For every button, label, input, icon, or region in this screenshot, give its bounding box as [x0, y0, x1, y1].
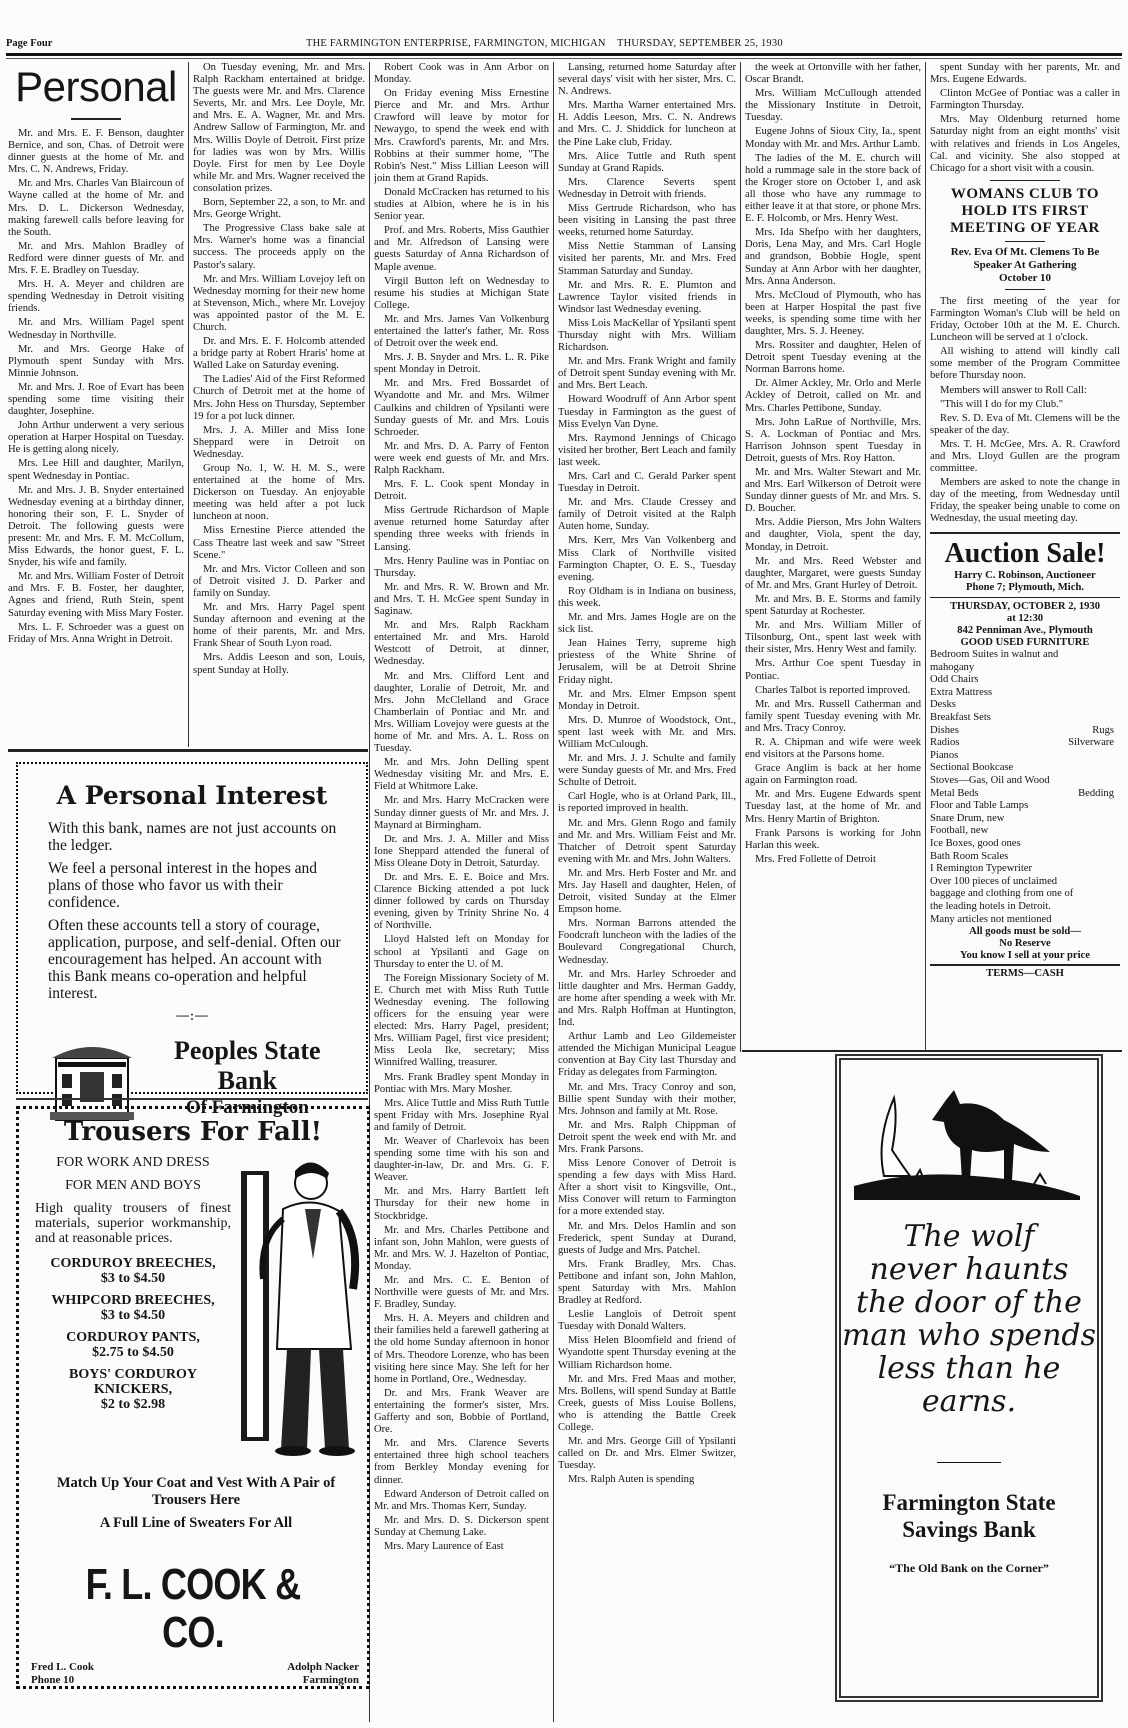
news-item: The Foreign Missionary Society of M. E. …	[374, 973, 549, 1070]
news-item: Mr. and Mrs. William Pagel spent Wednesd…	[8, 317, 184, 341]
auction-item: baggage and clothing from one of	[930, 888, 1073, 901]
auction-item-row: I Remington Typewriter	[930, 863, 1120, 876]
owner-phone: Phone 10	[31, 1674, 94, 1687]
news-item: Charles Talbot is reported improved.	[745, 685, 921, 697]
ad-description: High quality trousers of finest material…	[35, 1201, 231, 1246]
news-item: Miss Gertrude Richardson of Maple avenue…	[374, 505, 549, 553]
auction-item: Breakfast Sets	[930, 712, 991, 725]
news-item: Mrs. May Oldenburg returned home Saturda…	[930, 114, 1120, 174]
auction-time: at 12:30	[930, 613, 1120, 625]
product-entry: WHIPCORD BREECHES,$3 to $4.50	[35, 1293, 231, 1323]
auction-item-row: Extra Mattress	[930, 687, 1120, 700]
partner-name: Adolph Nacker	[287, 1661, 359, 1674]
auction-item-row: Odd Chairs	[930, 674, 1120, 687]
section-rule	[8, 749, 368, 752]
ad-line: FOR WORK AND DRESS	[35, 1155, 231, 1170]
auction-item: Stoves—Gas, Oil and Wood	[930, 775, 1050, 788]
auction-heading: GOOD USED FURNITURE	[930, 637, 1120, 649]
news-item: Mr. and Mrs. Clarence Severts entertaine…	[374, 1438, 549, 1486]
auction-item: Over 100 pieces of unclaimed	[930, 876, 1057, 889]
news-item: Mrs. Rossiter and daughter, Helen of Det…	[745, 340, 921, 376]
auction-closing: No Reserve	[930, 938, 1120, 950]
auction-item: Odd Chairs	[930, 674, 979, 687]
news-item: Mrs. Addis Leeson and son, Louis, spent …	[193, 652, 365, 676]
news-item: Dr. and Mrs. E. E. Boice and Mrs. Claren…	[374, 872, 549, 932]
news-item: Mr. and Mrs. Harry Pagel spent Sunday af…	[193, 602, 365, 650]
news-item: Mr. and Mrs. William Foster of Detroit a…	[8, 571, 184, 619]
news-item: Mrs. Arthur Coe spent Tuesday in Pontiac…	[745, 658, 921, 682]
auction-item: Bedding	[1078, 788, 1114, 801]
auction-item: Rugs	[1092, 725, 1114, 738]
ad-tagline: A Full Line of Sweaters For All	[31, 1515, 361, 1532]
auction-address: 842 Penniman Ave., Plymouth	[930, 625, 1120, 637]
article-list: Mr. and Mrs. E. F. Benson, daughter Bern…	[8, 128, 184, 646]
ad-tagline: Match Up Your Coat and Vest With A Pair …	[31, 1475, 361, 1509]
bank-name: Peoples State	[174, 1036, 321, 1066]
subhead-line: October 10	[930, 272, 1120, 285]
news-item: Leslie Langlois of Detroit spent Tuesday…	[558, 1309, 736, 1333]
news-item: Mrs. Raymond Jennings of Chicago visited…	[558, 433, 736, 469]
auction-item-row: Metal BedsBedding	[930, 788, 1120, 801]
news-item: The first meeting of the year for Farmin…	[930, 296, 1120, 344]
auction-date: THURSDAY, OCTOBER 2, 1930	[930, 601, 1120, 613]
product-name: BOYS' CORDUROY KNICKERS,	[35, 1367, 231, 1397]
news-item: Miss Lenore Conover of Detroit is spendi…	[558, 1158, 736, 1218]
news-item: Jean Haines Terry, supreme high priestes…	[558, 638, 736, 686]
news-item: Mrs. L. F. Schroeder was a guest on Frid…	[8, 622, 184, 646]
news-item: Mrs. F. L. Cook spent Monday in Detroit.	[374, 479, 549, 503]
auction-closing: All goods must be sold—	[930, 926, 1120, 938]
rule	[1005, 289, 1045, 290]
news-item: Mrs. Carl and C. Gerald Parker spent Tue…	[558, 471, 736, 495]
wolf-silhouette-illustration	[854, 1080, 1084, 1200]
product-entry: CORDUROY BREECHES,$3 to $4.50	[35, 1256, 231, 1286]
news-item: Prof. and Mrs. Roberts, Miss Gauthier an…	[374, 225, 549, 273]
product-entry: BOYS' CORDUROY KNICKERS,$2 to $2.98	[35, 1367, 231, 1412]
article-list: spent Sunday with her parents, Mr. and M…	[930, 62, 1120, 175]
headline-line: WOMANS CLUB TO	[930, 186, 1120, 203]
peoples-bank-ad: A Personal Interest With this bank, name…	[16, 762, 368, 1094]
ornament: —:—	[18, 1008, 366, 1024]
auction-item: Bath Room Scales	[930, 851, 1008, 864]
news-column-3: Robert Cook was in Ann Arbor on Monday.O…	[374, 62, 549, 1722]
headline-line: HOLD ITS FIRST	[930, 203, 1120, 220]
bank-name: Bank	[174, 1066, 321, 1096]
bank-motto: “The Old Bank on the Corner”	[841, 1561, 1097, 1576]
news-item: Mr. and Mrs. J. J. Schulte and family we…	[558, 753, 736, 789]
ad-headline: Trousers For Fall!	[19, 1115, 367, 1149]
news-item: Grace Anglim is back at her home again o…	[745, 763, 921, 787]
news-item: The ladies of the M. E. church will hold…	[745, 153, 921, 226]
auction-item-list: Bedroom Suites in walnut and mahoganyOdd…	[930, 649, 1120, 926]
auction-item: Dishes	[930, 725, 959, 738]
news-item: R. A. Chipman and wife were week end vis…	[745, 737, 921, 761]
news-item: Mr. and Mrs. Charles Pettibone and infan…	[374, 1225, 549, 1273]
news-item: Mrs. J. A. Miller and Miss Ione Sheppard…	[193, 425, 365, 461]
auction-item: I Remington Typewriter	[930, 863, 1032, 876]
column-divider	[553, 62, 554, 1722]
auction-item-row: Football, new	[930, 825, 1120, 838]
news-item: Mr. and Mrs. Tracy Conroy and son, Billi…	[558, 1082, 736, 1118]
partner-info: Adolph Nacker Farmington	[287, 1661, 359, 1687]
news-item: Mrs. Lee Hill and daughter, Marilyn, spe…	[8, 458, 184, 482]
news-item: Mrs. Frank Bradley spent Monday in Ponti…	[374, 1072, 549, 1096]
news-item: Dr. and Mrs. Frank Weaver are entertaini…	[374, 1388, 549, 1436]
news-item: The Ladies' Aid of the First Reformed Ch…	[193, 374, 365, 422]
news-item: Mrs. D. Munroe of Woodstock, Ont., spent…	[558, 715, 736, 751]
news-item: Mr. and Mrs. Elmer Empson spent Monday i…	[558, 689, 736, 713]
news-item: The Progressive Class bake sale at Mrs. …	[193, 223, 365, 271]
news-item: Mrs. Henry Pauline was in Pontiac on Thu…	[374, 556, 549, 580]
news-item: Mr. and Mrs. Walter Stewart and Mr. and …	[745, 467, 921, 515]
rule	[990, 180, 1060, 181]
news-item: Mrs. McCloud of Plymouth, who has been a…	[745, 290, 921, 338]
auction-item: Silverware	[1068, 737, 1114, 750]
ad-paragraph: Often these accounts tell a story of cou…	[48, 917, 344, 1002]
ad-paragraph: With this bank, names are not just accou…	[48, 820, 344, 854]
news-column-2: On Tuesday evening, Mr. and Mrs. Ralph R…	[193, 62, 365, 747]
news-item: Mr. and Mrs. James Van Volkenburg entert…	[374, 314, 549, 350]
news-item: Mrs. J. B. Snyder and Mrs. L. R. Pike sp…	[374, 352, 549, 376]
owner-info: Fred L. Cook Phone 10	[31, 1661, 94, 1687]
news-item: Mr. and Mrs. James Hogle are on the sick…	[558, 612, 736, 636]
news-item: Mr. and Mrs. Harry McCracken were Sunday…	[374, 795, 549, 831]
news-item: Dr. and Mrs. E. F. Holcomb attended a br…	[193, 336, 365, 372]
product-name: CORDUROY PANTS,	[35, 1330, 231, 1345]
auction-item-row: Stoves—Gas, Oil and Wood	[930, 775, 1120, 788]
product-name: CORDUROY BREECHES,	[35, 1256, 231, 1271]
news-item: Edward Anderson of Detroit called on Mr.…	[374, 1489, 549, 1513]
news-item: Miss Lois MacKellar of Ypsilanti spent T…	[558, 318, 736, 354]
news-item: Howard Woodruff of Ann Arbor spent Tuesd…	[558, 394, 736, 430]
owner-name: Fred L. Cook	[31, 1661, 94, 1674]
news-item: Mrs. William McCullough attended the Mis…	[745, 88, 921, 124]
auctioneer-phone: Phone 7; Plymouth, Mich.	[930, 582, 1120, 594]
partner-location: Farmington	[287, 1674, 359, 1687]
news-item: Mr. and Mrs. Victor Colleen and son of D…	[193, 564, 365, 600]
news-item: Mrs. Martha Warner entertained Mrs. H. A…	[558, 100, 736, 148]
rule	[930, 964, 1120, 966]
auction-item: Many articles not mentioned	[930, 914, 1052, 927]
news-item: Miss Ernestine Pierce attended the Cass …	[193, 525, 365, 561]
news-item: Eugene Johns of Sioux City, Ia., spent M…	[745, 126, 921, 150]
subhead-line: Rev. Eva Of Mt. Clemens To Be	[930, 246, 1120, 259]
news-item: Mr. and Mrs. R. E. Plumton and Lawrence …	[558, 280, 736, 316]
news-item: Miss Nettie Stamman of Lansing visited h…	[558, 241, 736, 277]
ad-paragraph: We feel a personal interest in the hopes…	[48, 860, 344, 911]
auction-closing: You know I sell at your price	[930, 950, 1120, 962]
auction-item-row: Desks	[930, 699, 1120, 712]
news-item: Mrs. Ralph Auten is spending	[558, 1474, 736, 1486]
news-item: Mrs. John LaRue of Northville, Mrs. S. A…	[745, 417, 921, 465]
slogan-line: The wolf	[841, 1220, 1097, 1253]
subhead-line: Speaker At Gathering	[930, 259, 1120, 272]
auction-item: Floor and Table Lamps	[930, 800, 1028, 813]
news-item: Mr. and Mrs. Ralph Rackham entertained M…	[374, 620, 549, 668]
savings-bank-ad: The wolf never haunts the door of the ma…	[835, 1054, 1103, 1702]
auction-item-row: Ice Boxes, good ones	[930, 838, 1120, 851]
issue-date: THURSDAY, SEPTEMBER 25, 1930	[617, 38, 783, 49]
news-item: Mr. and Mrs. George Gill of Ypsilanti ca…	[558, 1436, 736, 1472]
page-header: Page Four THE FARMINGTON ENTERPRISE, FAR…	[6, 38, 1122, 52]
bank-name: Farmington State	[841, 1489, 1097, 1516]
article-list: Robert Cook was in Ann Arbor on Monday.O…	[374, 62, 549, 1553]
news-item: Dr. and Mrs. J. A. Miller and Miss Ione …	[374, 834, 549, 870]
news-item: Frank Parsons is working for John Harlan…	[745, 828, 921, 852]
auction-item-row: mahogany	[930, 662, 1120, 675]
news-item: Mr. and Mrs. Mahlon Bradley of Redford w…	[8, 241, 184, 277]
slogan-line: earns.	[841, 1385, 1097, 1418]
womans-club-headline: WOMANS CLUB TO HOLD ITS FIRST MEETING OF…	[930, 186, 1120, 237]
article-list: On Tuesday evening, Mr. and Mrs. Ralph R…	[193, 62, 365, 677]
auction-item: Snare Drum, new	[930, 813, 1004, 826]
news-item: John Arthur underwent a very serious ope…	[8, 420, 184, 456]
auction-item-row: Breakfast Sets	[930, 712, 1120, 725]
cook-trousers-ad: Trousers For Fall! FOR WORK AND DRESS FO…	[16, 1106, 370, 1689]
section-rule	[16, 1098, 368, 1100]
news-item: Miss Helen Bloomfield and friend of Wyan…	[558, 1335, 736, 1371]
news-item: Mr. and Mrs. Claude Cressey and family o…	[558, 497, 736, 533]
article-list: Lansing, returned home Saturday after se…	[558, 62, 736, 1487]
masthead-title: THE FARMINGTON ENTERPRISE, FARMINGTON, M…	[306, 38, 606, 49]
auction-item: Metal Beds	[930, 788, 979, 801]
column-divider	[740, 62, 741, 1052]
auction-item-row: RadiosSilverware	[930, 737, 1120, 750]
product-price: $3 to $4.50	[35, 1308, 231, 1323]
news-column-4: Lansing, returned home Saturday after se…	[558, 62, 736, 1722]
news-item: Members will answer to Roll Call:	[930, 385, 1120, 397]
news-item: Rev. S. D. Eva of Mt. Clemens will be th…	[930, 413, 1120, 437]
rule	[937, 1462, 1001, 1463]
bank-name: Savings Bank	[841, 1516, 1097, 1543]
news-item: Virgil Button left on Wednesday to resum…	[374, 276, 549, 312]
ad-headline: A Personal Interest	[18, 780, 366, 812]
news-item: Robert Cook was in Ann Arbor on Monday.	[374, 62, 549, 86]
header-rule	[6, 53, 1122, 56]
news-item: Mr. and Mrs. Charles Van Blaircoun of Wa…	[8, 178, 184, 238]
auction-item-row: Bedroom Suites in walnut and	[930, 649, 1120, 662]
rule	[1005, 241, 1045, 242]
news-item: Lansing, returned home Saturday after se…	[558, 62, 736, 98]
news-item: Mr. and Mrs. Delos Hamlin and son Freder…	[558, 1221, 736, 1257]
news-item: Mr. and Mrs. Russell Catherman and famil…	[745, 699, 921, 735]
personal-column: Personal Mr. and Mrs. E. F. Benson, daug…	[8, 62, 184, 747]
news-item: Mrs. Frank Bradley, Mrs. Chas. Pettibone…	[558, 1259, 736, 1307]
news-item: Mrs. H. A. Meyers and children and their…	[374, 1313, 549, 1386]
auction-item: the leading hotels in Detroit.	[930, 901, 1051, 914]
news-item: spent Sunday with her parents, Mr. and M…	[930, 62, 1120, 86]
news-item: Mr. and Mrs. Harley Schroeder and little…	[558, 969, 736, 1029]
news-item: Dr. Almer Ackley, Mr. Orlo and Merle Ack…	[745, 378, 921, 414]
news-item: Mr. and Mrs. J. B. Snyder entertained We…	[8, 485, 184, 570]
auction-item: Extra Mattress	[930, 687, 992, 700]
news-item: Miss Gertrude Richardson, who has been v…	[558, 203, 736, 239]
news-item: Mrs. Mary Laurence of East	[374, 1541, 549, 1553]
header-rule-thin	[6, 58, 1122, 59]
news-item: Mr. and Mrs. D. A. Parry of Fenton were …	[374, 441, 549, 477]
news-item: Mr. and Mrs. Herb Foster and Mr. and Mrs…	[558, 868, 736, 916]
column-divider	[188, 62, 189, 747]
auction-item-row: Snare Drum, new	[930, 813, 1120, 826]
product-price: $3 to $4.50	[35, 1271, 231, 1286]
slogan-line: never haunts	[841, 1253, 1097, 1286]
news-item: Mr. and Mrs. Harry Bartlett left Thursda…	[374, 1186, 549, 1222]
auction-terms: TERMS—CASH	[930, 968, 1120, 980]
news-item: Mr. and Mrs. B. E. Storms and family spe…	[745, 594, 921, 618]
auction-item-row: DishesRugs	[930, 725, 1120, 738]
auction-item: mahogany	[930, 662, 974, 675]
auction-item: Ice Boxes, good ones	[930, 838, 1021, 851]
product-price: $2 to $2.98	[35, 1397, 231, 1412]
article-list: the week at Ortonville with her father, …	[745, 62, 921, 866]
auction-item-row: baggage and clothing from one of	[930, 888, 1120, 901]
news-item: Mr. and Mrs. George Hake of Plymouth spe…	[8, 344, 184, 380]
news-item: Group No. 1, W. H. M. S., were entertain…	[193, 463, 365, 523]
news-item: On Tuesday evening, Mr. and Mrs. Ralph R…	[193, 62, 365, 195]
news-item: On Friday evening Miss Ernestine Pierce …	[374, 88, 549, 185]
masthead: THE FARMINGTON ENTERPRISE, FARMINGTON, M…	[306, 38, 783, 49]
news-item: Mr. and Mrs. Fred Maas and mother, Mrs. …	[558, 1374, 736, 1434]
headline-line: MEETING OF YEAR	[930, 220, 1120, 237]
news-item: "This will I do for my Club."	[930, 399, 1120, 411]
auction-item-row: Bath Room Scales	[930, 851, 1120, 864]
auction-item-row: the leading hotels in Detroit.	[930, 901, 1120, 914]
news-item: Mr. and Mrs. William Miller of Tilsonbur…	[745, 620, 921, 656]
news-item: Mrs. Addie Pierson, Mrs John Walters and…	[745, 517, 921, 553]
news-item: Mr. and Mrs. Eugene Edwards spent Tuesda…	[745, 789, 921, 825]
news-item: Mr. and Mrs. Frank Wright and family of …	[558, 356, 736, 392]
news-item: Mr. and Mrs. Clifford Lent and daughter,…	[374, 671, 549, 756]
news-item: Mr. and Mrs. D. S. Dickerson spent Sunda…	[374, 1515, 549, 1539]
store-name: F. L. COOK & CO.	[50, 1561, 335, 1657]
news-item: the week at Ortonville with her father, …	[745, 62, 921, 86]
auction-item: Radios	[930, 737, 959, 750]
news-item: All wishing to attend will kindly call s…	[930, 346, 1120, 382]
slogan-line: man who spends	[841, 1319, 1097, 1352]
news-item: Mr. and Mrs. Ralph Chippman of Detroit s…	[558, 1120, 736, 1156]
slogan-line: the door of the	[841, 1286, 1097, 1319]
news-item: Mr. and Mrs. E. F. Benson, daughter Bern…	[8, 128, 184, 176]
news-item: Mrs. Alice Tuttle and Miss Ruth Tuttle s…	[374, 1098, 549, 1134]
bank-name-block: Farmington State Savings Bank	[841, 1489, 1097, 1543]
auction-item: Desks	[930, 699, 956, 712]
womans-club-subhead: Rev. Eva Of Mt. Clemens To Be Speaker At…	[930, 246, 1120, 285]
auction-item-row: Over 100 pieces of unclaimed	[930, 876, 1120, 889]
auction-item: Sectional Bookcase	[930, 762, 1013, 775]
title-rule	[71, 118, 121, 120]
news-item: Donald McCracken has returned to his stu…	[374, 187, 549, 223]
news-item: Mr. and Mrs. Fred Bossardet of Wyandotte…	[374, 378, 549, 438]
news-item: Mr. and Mrs. J. Roe of Evart has been sp…	[8, 382, 184, 418]
section-rule	[742, 1050, 1122, 1052]
news-item: Mrs. Clarence Severts spent Wednesday in…	[558, 177, 736, 201]
auction-sale-ad: Auction Sale! Harry C. Robinson, Auction…	[930, 538, 1120, 981]
man-holding-trousers-illustration	[233, 1149, 363, 1459]
rule	[930, 597, 1120, 598]
news-column-6: spent Sunday with her parents, Mr. and M…	[930, 62, 1120, 1047]
news-item: Mrs. Norman Barrons attended the Foodcra…	[558, 918, 736, 966]
column-divider	[925, 62, 926, 1052]
news-item: Mrs. Kerr, Mrs Van Volkenberg and Miss C…	[558, 535, 736, 583]
product-name: WHIPCORD BREECHES,	[35, 1293, 231, 1308]
news-item: Mrs. Ida Shefpo with her daughters, Dori…	[745, 227, 921, 287]
news-item: Born, September 22, a son, to Mr. and Mr…	[193, 197, 365, 221]
womans-club-article: WOMANS CLUB TO HOLD ITS FIRST MEETING OF…	[930, 186, 1120, 526]
news-item: Lloyd Halsted left on Monday for school …	[374, 934, 549, 970]
news-item: Mr. Weaver of Charlevoix has been spendi…	[374, 1136, 549, 1184]
news-item: Roy Oldham is in Indiana on business, th…	[558, 586, 736, 610]
news-item: Mrs. Fred Follette of Detroit	[745, 854, 921, 866]
news-item: Arthur Lamb and Leo Gildemeister attende…	[558, 1031, 736, 1079]
auction-item: Football, new	[930, 825, 988, 838]
news-column-5: the week at Ortonville with her father, …	[745, 62, 921, 1052]
section-rule	[930, 532, 1120, 534]
ad-line: FOR MEN AND BOYS	[35, 1178, 231, 1193]
page-number: Page Four	[6, 38, 52, 49]
slogan-line: less than he	[841, 1352, 1097, 1385]
auction-item-row: Sectional Bookcase	[930, 762, 1120, 775]
news-item: Mr. and Mrs. Glenn Rogo and family and M…	[558, 818, 736, 866]
news-item: Mrs. Alice Tuttle and Ruth spent Sunday …	[558, 151, 736, 175]
auction-item-row: Pianos	[930, 750, 1120, 763]
news-item: Mrs. T. H. McGee, Mrs. A. R. Crawford an…	[930, 439, 1120, 475]
ad-slogan: The wolf never haunts the door of the ma…	[841, 1220, 1097, 1418]
auction-item-row: Many articles not mentioned	[930, 914, 1120, 927]
auctioneer-name: Harry C. Robinson, Auctioneer	[930, 570, 1120, 582]
product-entry: CORDUROY PANTS,$2.75 to $4.50	[35, 1330, 231, 1360]
section-title-personal: Personal	[8, 64, 184, 110]
news-item: Mr. and Mrs. John Delling spent Wednesda…	[374, 757, 549, 793]
product-price: $2.75 to $4.50	[35, 1345, 231, 1360]
news-item: Mr. and Mrs. C. E. Benton of Northville …	[374, 1275, 549, 1311]
news-item: Mr. and Mrs. R. W. Brown and Mr. and Mrs…	[374, 582, 549, 618]
auction-title: Auction Sale!	[930, 538, 1120, 570]
auction-item: Pianos	[930, 750, 958, 763]
news-item: Mr. and Mrs. Reed Webster and daughter, …	[745, 556, 921, 592]
news-item: Mr. and Mrs. William Lovejoy left on Wed…	[193, 274, 365, 334]
news-item: Clinton McGee of Pontiac was a caller in…	[930, 88, 1120, 112]
product-list: CORDUROY BREECHES,$3 to $4.50WHIPCORD BR…	[35, 1256, 231, 1412]
auction-item: Bedroom Suites in walnut and	[930, 649, 1058, 662]
news-item: Members are asked to note the change in …	[930, 477, 1120, 525]
auction-item-row: Floor and Table Lamps	[930, 800, 1120, 813]
news-item: Mrs. H. A. Meyer and children are spendi…	[8, 279, 184, 315]
article-body: The first meeting of the year for Farmin…	[930, 296, 1120, 526]
news-item: Carl Hogle, who is at Orland Park, Ill.,…	[558, 791, 736, 815]
